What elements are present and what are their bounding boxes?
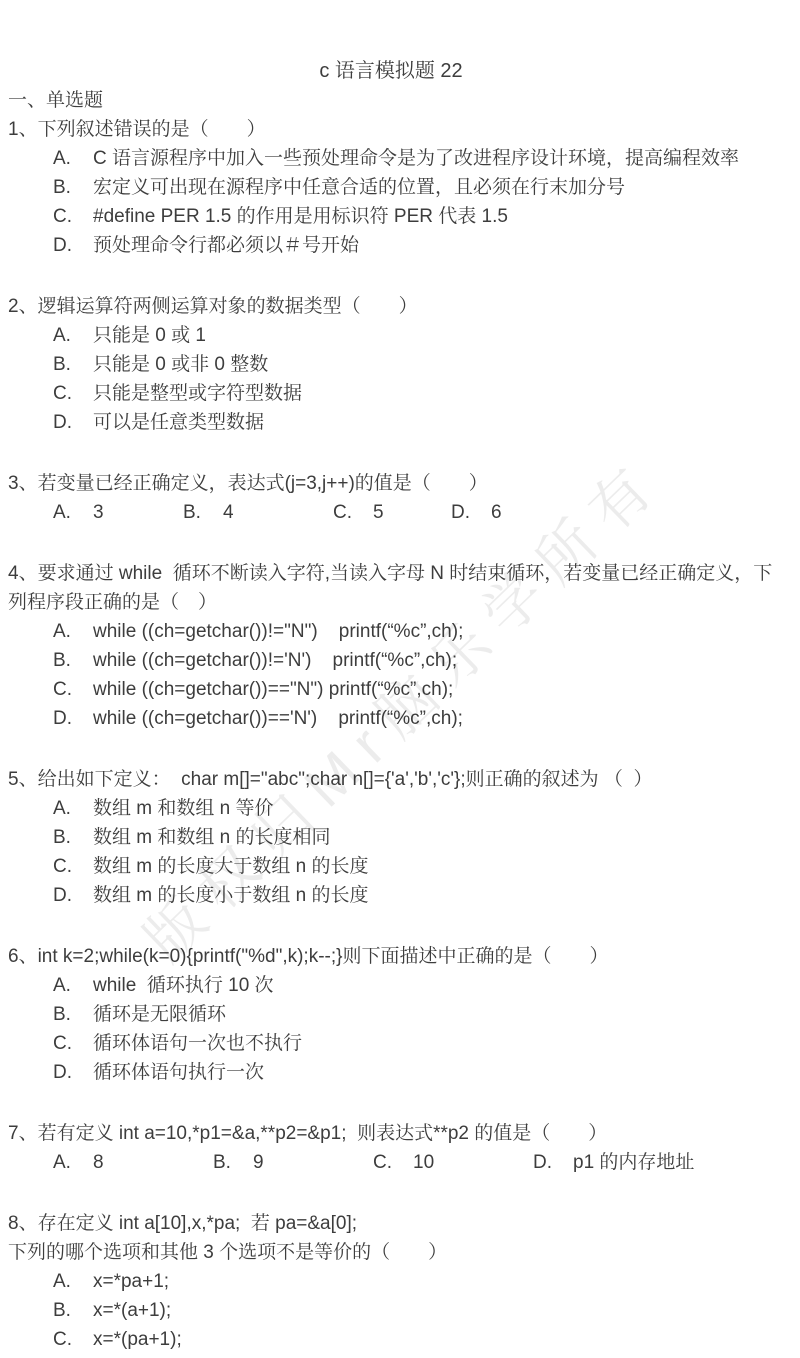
option-row: B. 数组 m 和数组 n 的长度相同 <box>8 823 774 852</box>
option-text: 10 <box>413 1148 434 1177</box>
option-text: 3 <box>93 498 104 527</box>
option-row: B. 只能是 0 或非 0 整数 <box>8 350 774 379</box>
option-text: 8 <box>93 1148 104 1177</box>
option-row: C. while ((ch=getchar())=="N") printf(“%… <box>8 675 774 704</box>
option-row: C. 数组 m 的长度大于数组 n 的长度 <box>8 852 774 881</box>
option-text: 循环体语句一次也不执行 <box>93 1029 302 1058</box>
option-text: 只能是整型或字符型数据 <box>93 379 302 408</box>
option-text: 4 <box>223 498 234 527</box>
option-text: 数组 m 和数组 n 的长度相同 <box>93 823 331 852</box>
option-label: C. <box>53 1325 93 1354</box>
question-1: 1、下列叙述错误的是（ ） A. C 语言源程序中加入一些预处理命令是为了改进程… <box>8 115 774 260</box>
option-text: while ((ch=getchar())=="N") printf(“%c”,… <box>93 675 453 704</box>
option-row: D. 数组 m 的长度小于数组 n 的长度 <box>8 881 774 910</box>
option-row: D. 可以是任意类型数据 <box>8 408 774 437</box>
option-label: A. <box>53 617 93 646</box>
option-label: D. <box>533 1148 573 1177</box>
option-text: 6 <box>491 498 502 527</box>
option-text: while ((ch=getchar())=='N') printf(“%c”,… <box>93 704 463 733</box>
option-label: A. <box>53 144 93 173</box>
option-row: A. 只能是 0 或 1 <box>8 321 774 350</box>
option-row: D. 预处理命令行都必须以＃号开始 <box>8 231 774 260</box>
option-row: B. while ((ch=getchar())!='N') printf(“%… <box>8 646 774 675</box>
option: A. 3 <box>53 498 183 527</box>
question-6: 6、int k=2;while(k=0){printf("%d",k);k--;… <box>8 942 774 1087</box>
option-text: 循环体语句执行一次 <box>93 1058 264 1087</box>
option-label: A. <box>53 794 93 823</box>
option-label: D. <box>53 231 93 260</box>
option-text: 只能是 0 或非 0 整数 <box>93 350 268 379</box>
option-text: 循环是无限循环 <box>93 1000 226 1029</box>
exam-content: c 语言模拟题 22 一、单选题 1、下列叙述错误的是（ ） A. C 语言源程… <box>0 0 800 1354</box>
option-text: x=*(a+1); <box>93 1296 171 1325</box>
option-label: C. <box>53 379 93 408</box>
option-label: C. <box>53 1029 93 1058</box>
question-text-continued: 下列的哪个选项和其他 3 个选项不是等价的（ ） <box>8 1238 774 1267</box>
option-label: A. <box>53 971 93 1000</box>
option-text: 宏定义可出现在源程序中任意合适的位置，且必须在行末加分号 <box>93 173 625 202</box>
option-row: A. while 循环执行 10 次 <box>8 971 774 1000</box>
question-4: 4、要求通过 while 循环不断读入字符,当读入字母 N 时结束循环，若变量已… <box>8 559 774 733</box>
option-label: B. <box>213 1148 253 1177</box>
option-text: 可以是任意类型数据 <box>93 408 264 437</box>
option-label: D. <box>53 704 93 733</box>
option-text: 5 <box>373 498 384 527</box>
option-label: B. <box>53 1296 93 1325</box>
option-text: 9 <box>253 1148 264 1177</box>
option-text: p1 的内存地址 <box>573 1148 694 1177</box>
option: B. 4 <box>183 498 333 527</box>
option-row: A. 3 B. 4 C. 5 D. 6 <box>8 498 774 527</box>
option-label: A. <box>53 1148 93 1177</box>
option-text: while 循环执行 10 次 <box>93 971 274 1000</box>
question-text: 6、int k=2;while(k=0){printf("%d",k);k--;… <box>8 942 774 971</box>
option-row: B. 宏定义可出现在源程序中任意合适的位置，且必须在行末加分号 <box>8 173 774 202</box>
option-label: B. <box>183 498 223 527</box>
question-text: 4、要求通过 while 循环不断读入字符,当读入字母 N 时结束循环，若变量已… <box>8 559 774 588</box>
question-5: 5、给出如下定义： char m[]="abc";char n[]={'a','… <box>8 765 774 910</box>
option-label: B. <box>53 350 93 379</box>
option-text: 数组 m 的长度小于数组 n 的长度 <box>93 881 369 910</box>
option-row: C. #define PER 1.5 的作用是用标识符 PER 代表 1.5 <box>8 202 774 231</box>
question-text: 5、给出如下定义： char m[]="abc";char n[]={'a','… <box>8 765 774 794</box>
option-row: A. x=*pa+1; <box>8 1267 774 1296</box>
option-label: B. <box>53 823 93 852</box>
option-text: #define PER 1.5 的作用是用标识符 PER 代表 1.5 <box>93 202 508 231</box>
option-row: B. x=*(a+1); <box>8 1296 774 1325</box>
section-heading: 一、单选题 <box>8 86 774 115</box>
question-8: 8、存在定义 int a[10],x,*pa; 若 pa=&a[0]; 下列的哪… <box>8 1209 774 1354</box>
option-label: A. <box>53 1267 93 1296</box>
question-text-continued: 列程序段正确的是（ ） <box>8 588 774 617</box>
option-label: A. <box>53 498 93 527</box>
option-label: D. <box>53 881 93 910</box>
option-text: while ((ch=getchar())!="N") printf(“%c”,… <box>93 617 463 646</box>
option-text: while ((ch=getchar())!='N') printf(“%c”,… <box>93 646 457 675</box>
option-label: B. <box>53 173 93 202</box>
option-label: D. <box>53 1058 93 1087</box>
question-text: 7、若有定义 int a=10,*p1=&a,**p2=&p1; 则表达式**p… <box>8 1119 774 1148</box>
doc-title: c 语言模拟题 22 <box>8 57 774 86</box>
option-text: x=*(pa+1); <box>93 1325 182 1354</box>
option-row: D. 循环体语句执行一次 <box>8 1058 774 1087</box>
option-row: A. while ((ch=getchar())!="N") printf(“%… <box>8 617 774 646</box>
option: B. 9 <box>213 1148 373 1177</box>
option-label: C. <box>53 202 93 231</box>
option-row: C. 循环体语句一次也不执行 <box>8 1029 774 1058</box>
option-label: C. <box>373 1148 413 1177</box>
option-label: A. <box>53 321 93 350</box>
option: D. p1 的内存地址 <box>533 1148 694 1177</box>
option-label: C. <box>333 498 373 527</box>
option: C. 5 <box>333 498 451 527</box>
option-label: D. <box>451 498 491 527</box>
option-row: D. while ((ch=getchar())=='N') printf(“%… <box>8 704 774 733</box>
question-2: 2、逻辑运算符两侧运算对象的数据类型（ ） A. 只能是 0 或 1 B. 只能… <box>8 292 774 437</box>
question-7: 7、若有定义 int a=10,*p1=&a,**p2=&p1; 则表达式**p… <box>8 1119 774 1177</box>
option-row: C. x=*(pa+1); <box>8 1325 774 1354</box>
option-row: A. 数组 m 和数组 n 等价 <box>8 794 774 823</box>
question-3: 3、若变量已经正确定义，表达式(j=3,j++)的值是（ ） A. 3 B. 4… <box>8 469 774 527</box>
option-row: C. 只能是整型或字符型数据 <box>8 379 774 408</box>
question-text: 2、逻辑运算符两侧运算对象的数据类型（ ） <box>8 292 774 321</box>
option-text: 数组 m 和数组 n 等价 <box>93 794 274 823</box>
option-label: D. <box>53 408 93 437</box>
question-text: 3、若变量已经正确定义，表达式(j=3,j++)的值是（ ） <box>8 469 774 498</box>
option-row: A. 8 B. 9 C. 10 D. p1 的内存地址 <box>8 1148 774 1177</box>
option-text: x=*pa+1; <box>93 1267 169 1296</box>
option: D. 6 <box>451 498 502 527</box>
question-text: 1、下列叙述错误的是（ ） <box>8 115 774 144</box>
option-row: B. 循环是无限循环 <box>8 1000 774 1029</box>
option-label: B. <box>53 646 93 675</box>
option-text: 只能是 0 或 1 <box>93 321 206 350</box>
option-label: B. <box>53 1000 93 1029</box>
question-text: 8、存在定义 int a[10],x,*pa; 若 pa=&a[0]; <box>8 1209 774 1238</box>
exam-page: 版权归Mr脑乐学所有 c 语言模拟题 22 一、单选题 1、下列叙述错误的是（ … <box>0 0 800 1358</box>
option-text: 数组 m 的长度大于数组 n 的长度 <box>93 852 369 881</box>
option-text: 预处理命令行都必须以＃号开始 <box>93 231 359 260</box>
option: A. 8 <box>53 1148 213 1177</box>
option-label: C. <box>53 675 93 704</box>
option-row: A. C 语言源程序中加入一些预处理命令是为了改进程序设计环境，提高编程效率 <box>8 144 774 173</box>
option-label: C. <box>53 852 93 881</box>
option: C. 10 <box>373 1148 533 1177</box>
option-text: C 语言源程序中加入一些预处理命令是为了改进程序设计环境，提高编程效率 <box>93 144 739 173</box>
